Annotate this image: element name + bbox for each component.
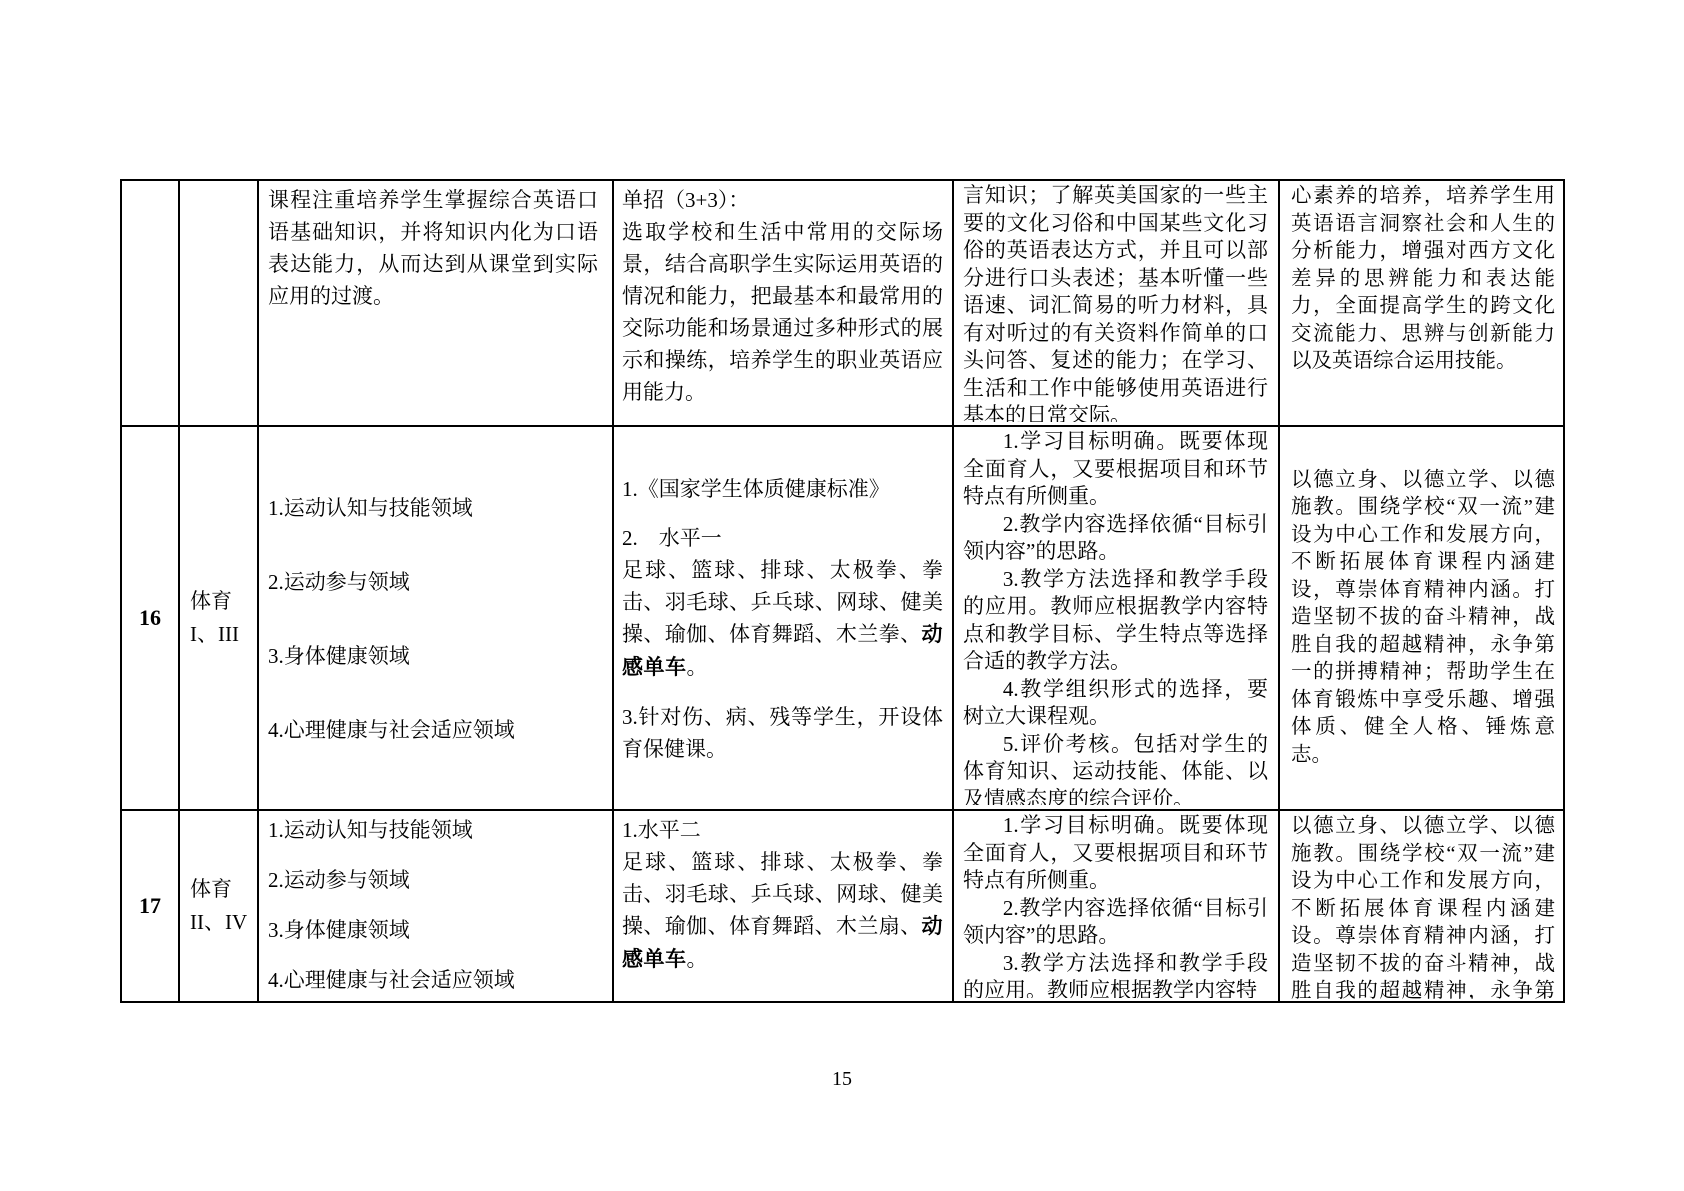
course-terms: I、III xyxy=(190,618,253,651)
teaching-point: 2.教学内容选择依循“目标引领内容”的思路。 xyxy=(963,895,1268,950)
cell-course-name: 体育 I、III xyxy=(179,426,258,810)
teaching-point: 1.学习目标明确。既要体现全面育人，又要根据项目和环节特点有所侧重。 xyxy=(963,428,1268,511)
ideology-text: 心素养的培养，培养学生用英语语言洞察社会和人生的分析能力，增强对西方文化差异的思… xyxy=(1291,183,1555,376)
sports-list-text: 足球、篮球、排球、太极拳、拳击、羽毛球、乒乓球、网球、健美操、瑜伽、体育舞蹈、木… xyxy=(622,850,943,938)
content-item: 2. 水平一 xyxy=(622,522,943,554)
requirements-clip: 1.学习目标明确。既要体现全面育人，又要根据项目和环节特点有所侧重。 2.教学内… xyxy=(963,812,1268,998)
sports-list-end: 。 xyxy=(687,655,708,679)
cell-ideology: 以德立身、以德立学、以德施教。围绕学校“双一流”建设为中心工作和发展方向，不断拓… xyxy=(1279,810,1564,1002)
cell-teaching-requirements: 1.学习目标明确。既要体现全面育人，又要根据项目和环节特点有所侧重。 2.教学内… xyxy=(953,810,1279,1002)
course-outline-table: 课程注重培养学生掌握综合英语口语基础知识，并将知识内化为口语表达能力，从而达到从… xyxy=(120,179,1565,1003)
domain-item: 1.运动认知与技能领域 xyxy=(268,492,598,524)
requirements-clip: 1.学习目标明确。既要体现全面育人，又要根据项目和环节特点有所侧重。 2.教学内… xyxy=(963,428,1268,805)
content-item: 1.水平二 xyxy=(622,814,943,846)
course-overview-text: 课程注重培养学生掌握综合英语口语基础知识，并将知识内化为口语表达能力，从而达到从… xyxy=(268,184,598,312)
sports-list-end: 。 xyxy=(687,947,708,971)
cell-course-name: 体育 II、IV xyxy=(179,810,258,1002)
cell-course-content: 1.水平二 足球、篮球、排球、太极拳、拳击、羽毛球、乒乓球、网球、健美操、瑜伽、… xyxy=(613,810,953,1002)
page-number: 15 xyxy=(0,1066,1684,1092)
document-page: 课程注重培养学生掌握综合英语口语基础知识，并将知识内化为口语表达能力，从而达到从… xyxy=(0,0,1684,1191)
teaching-point: 2.教学内容选择依循“目标引领内容”的思路。 xyxy=(963,511,1268,566)
domain-item: 3.身体健康领域 xyxy=(268,640,598,672)
ideology-clip: 以德立身、以德立学、以德施教。围绕学校“双一流”建设为中心工作和发展方向，不断拓… xyxy=(1291,813,1555,999)
teaching-point: 3.教学方法选择和教学手段的应用。教师应根据教学内容特 xyxy=(963,950,1268,999)
cell-course-name-empty xyxy=(179,180,258,426)
domain-list: 1.运动认知与技能领域 2.运动参与领域 3.身体健康领域 4.心理健康与社会适… xyxy=(268,492,598,746)
table-row-english-continued: 课程注重培养学生掌握综合英语口语基础知识，并将知识内化为口语表达能力，从而达到从… xyxy=(121,180,1564,426)
content-item: 1.《国家学生体质健康标准》 xyxy=(622,473,943,505)
cell-ideology: 以德立身、以德立学、以德施教。围绕学校“双一流”建设为中心工作和发展方向，不断拓… xyxy=(1279,426,1564,810)
content-heading: 单招（3+3）： xyxy=(622,184,943,216)
content-item: 3.针对伤、病、残等学生，开设体育保健课。 xyxy=(622,701,943,765)
cell-course-overview: 课程注重培养学生掌握综合英语口语基础知识，并将知识内化为口语表达能力，从而达到从… xyxy=(258,180,613,426)
domain-item: 4.心理健康与社会适应领域 xyxy=(268,714,598,746)
content-body: 选取学校和生活中常用的交际场景，结合高职学生实际运用英语的情况和能力，把最基本和… xyxy=(622,216,943,408)
domain-list: 1.运动认知与技能领域 2.运动参与领域 3.身体健康领域 4.心理健康与社会适… xyxy=(268,814,598,996)
cell-course-number: 17 xyxy=(121,810,179,1002)
cell-course-domains: 1.运动认知与技能领域 2.运动参与领域 3.身体健康领域 4.心理健康与社会适… xyxy=(258,426,613,810)
ideology-text: 以德立身、以德立学、以德施教。围绕学校“双一流”建设为中心工作和发展方向，不断拓… xyxy=(1291,467,1555,770)
teaching-point: 5.评价考核。包括对学生的体育知识、运动技能、体能、以及情感态度的综合评价。 xyxy=(963,731,1268,806)
requirements-clip: 言知识；了解英美国家的一些主要的文化习俗和中国某些文化习俗的英语表达方式，并且可… xyxy=(963,182,1268,422)
cell-course-number: 16 xyxy=(121,426,179,810)
domain-item: 4.心理健康与社会适应领域 xyxy=(268,964,598,996)
sports-list: 足球、篮球、排球、太极拳、拳击、羽毛球、乒乓球、网球、健美操、瑜伽、体育舞蹈、木… xyxy=(622,554,943,684)
cell-course-content: 单招（3+3）： 选取学校和生活中常用的交际场景，结合高职学生实际运用英语的情况… xyxy=(613,180,953,426)
domain-item: 2.运动参与领域 xyxy=(268,566,598,598)
cell-course-number-empty xyxy=(121,180,179,426)
cell-course-content: 1.《国家学生体质健康标准》 2. 水平一 足球、篮球、排球、太极拳、拳击、羽毛… xyxy=(613,426,953,810)
ideology-text: 以德立身、以德立学、以德施教。围绕学校“双一流”建设为中心工作和发展方向，不断拓… xyxy=(1291,813,1555,999)
course-name: 体育 xyxy=(190,585,253,618)
sports-list: 足球、篮球、排球、太极拳、拳击、羽毛球、乒乓球、网球、健美操、瑜伽、体育舞蹈、木… xyxy=(622,846,943,976)
course-number: 17 xyxy=(139,893,161,918)
sports-list-text: 足球、篮球、排球、太极拳、拳击、羽毛球、乒乓球、网球、健美操、瑜伽、体育舞蹈、木… xyxy=(622,558,943,646)
cell-ideology: 心素养的培养，培养学生用英语语言洞察社会和人生的分析能力，增强对西方文化差异的思… xyxy=(1279,180,1564,426)
teaching-point: 3.教学方法选择和教学手段的应用。教师应根据教学内容特点和教学目标、学生特点等选… xyxy=(963,566,1268,676)
domain-item: 1.运动认知与技能领域 xyxy=(268,814,598,846)
domain-item: 3.身体健康领域 xyxy=(268,914,598,946)
ideology-clip: 以德立身、以德立学、以德施教。围绕学校“双一流”建设为中心工作和发展方向，不断拓… xyxy=(1291,467,1555,770)
requirements-text: 言知识；了解英美国家的一些主要的文化习俗和中国某些文化习俗的英语表达方式，并且可… xyxy=(963,182,1268,422)
domain-item: 2.运动参与领域 xyxy=(268,864,598,896)
teaching-point: 4.教学组织形式的选择，要树立大课程观。 xyxy=(963,676,1268,731)
cell-teaching-requirements: 言知识；了解英美国家的一些主要的文化习俗和中国某些文化习俗的英语表达方式，并且可… xyxy=(953,180,1279,426)
cell-course-domains: 1.运动认知与技能领域 2.运动参与领域 3.身体健康领域 4.心理健康与社会适… xyxy=(258,810,613,1002)
table-row-17: 17 体育 II、IV 1.运动认知与技能领域 2.运动参与领域 3.身体健康领… xyxy=(121,810,1564,1002)
course-number: 16 xyxy=(139,605,161,630)
cell-teaching-requirements: 1.学习目标明确。既要体现全面育人，又要根据项目和环节特点有所侧重。 2.教学内… xyxy=(953,426,1279,810)
course-name: 体育 xyxy=(190,873,253,906)
teaching-point: 1.学习目标明确。既要体现全面育人，又要根据项目和环节特点有所侧重。 xyxy=(963,812,1268,895)
course-terms: II、IV xyxy=(190,906,253,939)
table-row-16: 16 体育 I、III 1.运动认知与技能领域 2.运动参与领域 3.身体健康领… xyxy=(121,426,1564,810)
